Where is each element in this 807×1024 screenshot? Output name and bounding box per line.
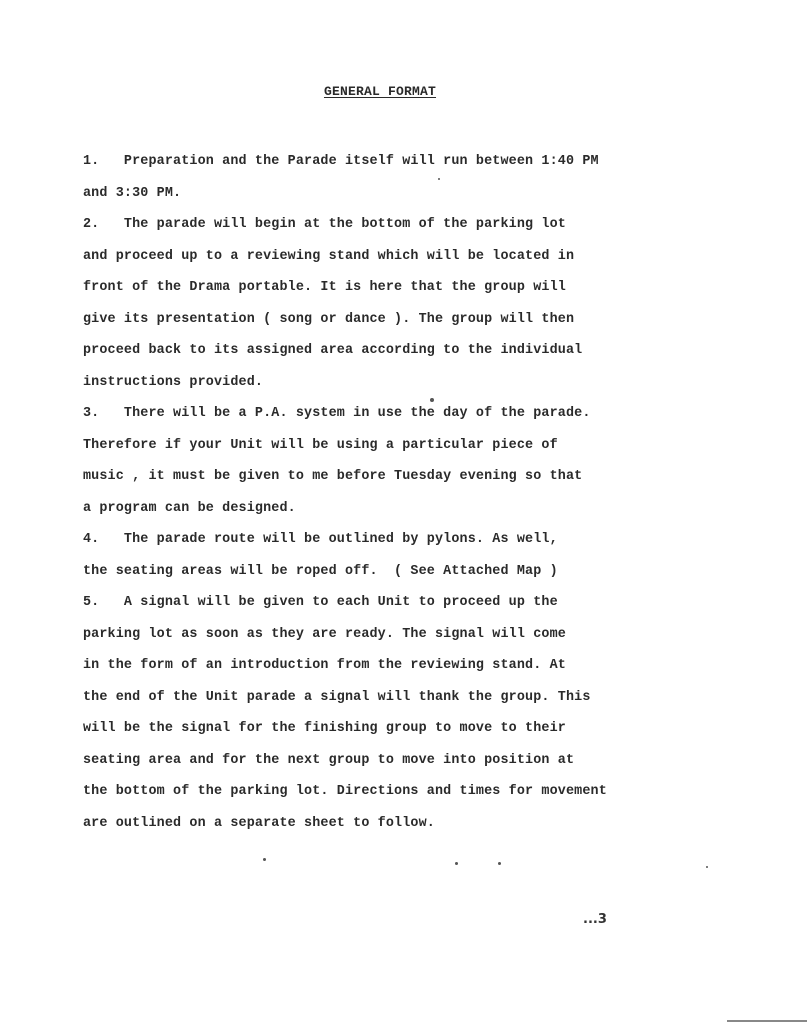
text-line: parking lot as soon as they are ready. T… (83, 619, 723, 651)
text-line: the end of the Unit parade a signal will… (83, 682, 723, 714)
scan-edge-mark (727, 1020, 807, 1022)
page-continuation-marker: ...3 (583, 912, 607, 927)
text-line: a program can be designed. (83, 493, 723, 525)
scan-speck (455, 862, 458, 865)
text-line: will be the signal for the finishing gro… (83, 713, 723, 745)
text-line: and 3:30 PM. (83, 178, 723, 210)
text-line: music , it must be given to me before Tu… (83, 461, 723, 493)
text-line: seating area and for the next group to m… (83, 745, 723, 777)
text-line: the bottom of the parking lot. Direction… (83, 776, 723, 808)
scan-speck (430, 398, 434, 402)
text-line: are outlined on a separate sheet to foll… (83, 808, 723, 840)
text-line: give its presentation ( song or dance ).… (83, 304, 723, 336)
text-line: the seating areas will be roped off. ( S… (83, 556, 723, 588)
scan-speck (438, 178, 440, 180)
text-line: proceed back to its assigned area accord… (83, 335, 723, 367)
text-line: 3. There will be a P.A. system in use th… (83, 398, 723, 430)
text-line: 4. The parade route will be outlined by … (83, 524, 723, 556)
text-line: in the form of an introduction from the … (83, 650, 723, 682)
scan-speck (263, 858, 266, 861)
title-text: GENERAL FORMAT (324, 84, 436, 99)
text-line: 1. Preparation and the Parade itself wil… (83, 146, 723, 178)
text-line: Therefore if your Unit will be using a p… (83, 430, 723, 462)
document-page: GENERAL FORMAT 1. Preparation and the Pa… (0, 0, 807, 1024)
text-line: 2. The parade will begin at the bottom o… (83, 209, 723, 241)
text-line: instructions provided. (83, 367, 723, 399)
scan-speck (706, 866, 708, 868)
document-title: GENERAL FORMAT (0, 84, 760, 99)
document-body: 1. Preparation and the Parade itself wil… (83, 146, 723, 839)
text-line: and proceed up to a reviewing stand whic… (83, 241, 723, 273)
text-line: front of the Drama portable. It is here … (83, 272, 723, 304)
text-line: 5. A signal will be given to each Unit t… (83, 587, 723, 619)
scan-speck (498, 862, 501, 865)
